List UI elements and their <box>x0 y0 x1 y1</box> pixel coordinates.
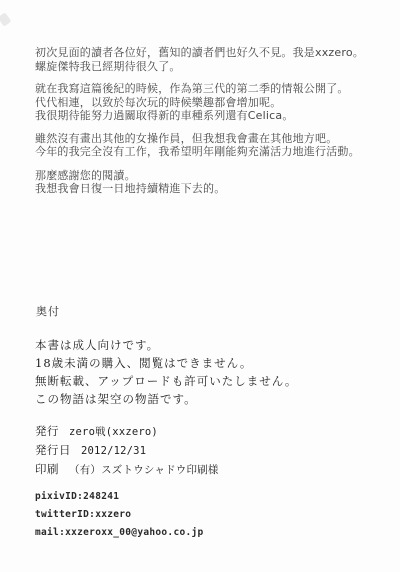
publisher-row: 発行 zero戦(xxzero) <box>35 422 219 441</box>
pixiv-id-line: pixivID:248241 <box>35 488 204 506</box>
afterword-line: 就在我寫這篇後紀的時候，作為第三代的第二季的情報公開了。 <box>35 82 380 96</box>
publication-info-block: 発行 zero戦(xxzero) 発行日 2012/12/31 印刷 （有）スズ… <box>35 422 219 479</box>
afterword-line: 雖然沒有畫出其他的女操作員，但我想我會畫在其他地方吧。 <box>35 132 380 146</box>
publisher-value: zero戦(xxzero) <box>69 423 158 441</box>
colophon-page: 初次見面的讀者各位好，舊知的讀者們也好久不見。我是xxzero。 螺旋傑特我已經… <box>0 0 400 572</box>
mail-line: mail:xxzeroxx_00@yahoo.co.jp <box>35 524 204 542</box>
notice-line: 本書は成人向けです。 <box>35 336 297 354</box>
printer-label: 印刷 <box>35 460 59 478</box>
twitter-id-line: twitterID:xxzero <box>35 506 204 524</box>
afterword-paragraph: 初次見面的讀者各位好，舊知的讀者們也好久不見。我是xxzero。 螺旋傑特我已經… <box>35 46 380 73</box>
afterword-paragraph: 就在我寫這篇後紀的時候，作為第三代的第二季的情報公開了。 代代相連，以致於每次玩… <box>35 82 380 123</box>
afterword-text-block: 初次見面的讀者各位好，舊知的讀者們也好久不見。我是xxzero。 螺旋傑特我已經… <box>35 46 380 205</box>
contact-info-block: pixivID:248241 twitterID:xxzero mail:xxz… <box>35 488 204 542</box>
scan-smudge-artifact <box>0 12 11 26</box>
notice-line: 無断転載、アップロードも許可いたしません。 <box>35 372 297 390</box>
afterword-line: 初次見面的讀者各位好，舊知的讀者們也好久不見。我是xxzero。 <box>35 46 380 60</box>
publish-date-value: 2012/12/31 <box>81 442 146 460</box>
afterword-line: 代代相連，以致於每次玩的時候樂趣都會增加呢。 <box>35 96 380 110</box>
afterword-line: 我很期待能努力過關取得新的車種系列還有Celica。 <box>35 109 380 123</box>
printer-value: （有）スズトウシャドウ印刷様 <box>69 461 219 479</box>
adult-notice-block: 本書は成人向けです。 18歳未満の購入、閲覧はできません。 無断転載、アップロー… <box>35 336 297 408</box>
printer-row: 印刷 （有）スズトウシャドウ印刷様 <box>35 460 219 479</box>
afterword-line: 我想我會日復一日地持續精進下去的。 <box>35 182 380 196</box>
publish-date-label: 発行日 <box>35 441 71 459</box>
notice-line: この物語は架空の物語です。 <box>35 390 297 408</box>
afterword-paragraph: 那麼感謝您的閱讀。 我想我會日復一日地持續精進下去的。 <box>35 169 380 196</box>
colophon-heading: 奥付 <box>36 303 60 319</box>
afterword-line: 螺旋傑特我已經期待很久了。 <box>35 60 380 74</box>
publisher-label: 発行 <box>35 422 59 440</box>
afterword-paragraph: 雖然沒有畫出其他的女操作員，但我想我會畫在其他地方吧。 今年的我完全沒有工作，我… <box>35 132 380 159</box>
notice-line: 18歳未満の購入、閲覧はできません。 <box>35 354 297 372</box>
publish-date-row: 発行日 2012/12/31 <box>35 441 219 460</box>
afterword-line: 今年的我完全沒有工作，我希望明年剛能夠充滿活力地進行活動。 <box>35 145 380 159</box>
afterword-line: 那麼感謝您的閱讀。 <box>35 169 380 183</box>
